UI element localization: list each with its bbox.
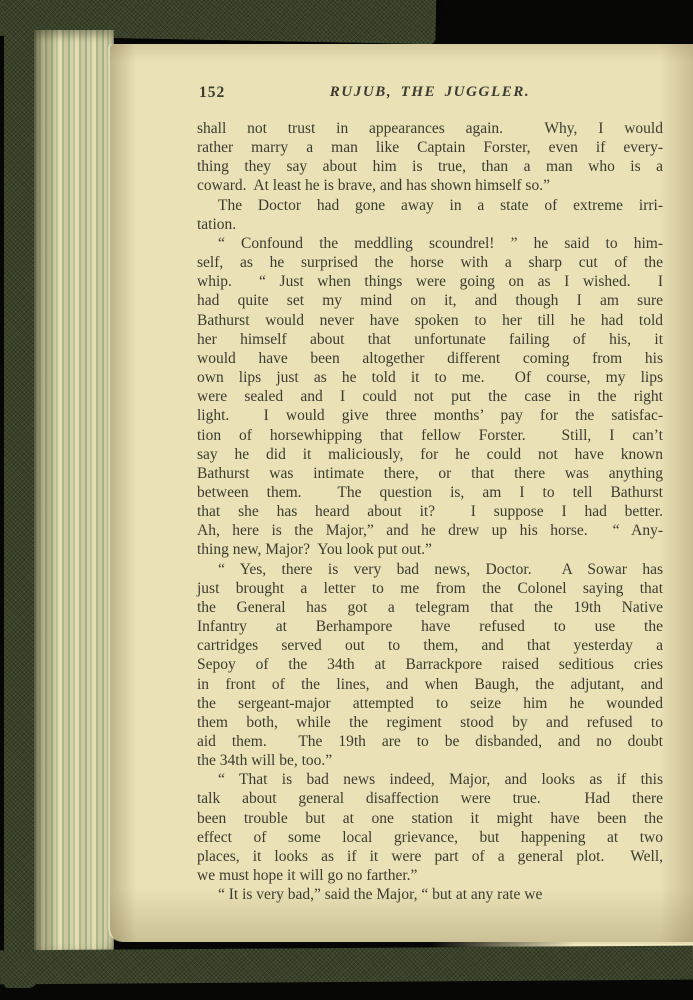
text-line: them both, while the regiment stood by a… [197, 713, 663, 732]
text-line: Infantry at Berhampore have refused to u… [197, 617, 663, 636]
book-cover-bottom-edge [0, 946, 693, 985]
text-line: Sepoy of the 34th at Barrackpore raised … [197, 655, 663, 674]
page-content: 152 RUJUB, THE JUGGLER. shall not trust … [197, 84, 663, 904]
paragraph: “ Yes, there is very bad news, Doctor. A… [197, 560, 663, 771]
running-title: RUJUB, THE JUGGLER. [197, 84, 663, 101]
book-cover-spine-edge [4, 0, 38, 988]
text-line: self, as he surprised the horse with a s… [197, 253, 663, 272]
text-line: whip. “ Just when things were going on a… [197, 272, 663, 291]
text-line: thing they say about him is true, than a… [197, 157, 663, 176]
fanned-page-edges [34, 30, 114, 962]
text-line: tion of horsewhipping that fellow Forste… [197, 426, 663, 445]
text-line: tation. [197, 215, 663, 234]
text-line: “ Yes, there is very bad news, Doctor. A… [197, 560, 663, 579]
text-line: aid them. The 19th are to be disbanded, … [197, 732, 663, 751]
text-line: just brought a letter to me from the Col… [197, 579, 663, 598]
text-line: Bathurst would never have spoken to her … [197, 311, 663, 330]
text-line: her himself about that unfortunate faili… [197, 330, 663, 349]
text-line: in front of the lines, and when Baugh, t… [197, 675, 663, 694]
text-line: own lips just as he told it to me. Of co… [197, 368, 663, 387]
text-line: between them. The question is, am I to t… [197, 483, 663, 502]
paragraph: shall not trust in appearances again. Wh… [197, 119, 663, 196]
text-line: were sealed and I could not put the case… [197, 387, 663, 406]
text-line: Bathurst was intimate there, or that the… [197, 464, 663, 483]
text-line: rather marry a man like Captain Forster,… [197, 138, 663, 157]
text-line: coward. At least he is brave, and has sh… [197, 176, 663, 195]
text-line: been trouble but at one station it might… [197, 809, 663, 828]
text-line: Ah, here is the Major,” and he drew up h… [197, 521, 663, 540]
book-photo: 152 RUJUB, THE JUGGLER. shall not trust … [0, 0, 693, 1000]
text-line: “ Confound the meddling scoundrel! ” he … [197, 234, 663, 253]
book-page: 152 RUJUB, THE JUGGLER. shall not trust … [110, 44, 693, 942]
paragraph: “ Confound the meddling scoundrel! ” he … [197, 234, 663, 560]
page-body: shall not trust in appearances again. Wh… [197, 119, 663, 904]
text-line: effect of some local grievance, but happ… [197, 828, 663, 847]
paragraph: The Doctor had gone away in a state of e… [197, 196, 663, 234]
paragraph: “ It is very bad,” said the Major, “ but… [197, 885, 663, 904]
text-line: the 34th will be, too.” [197, 751, 663, 770]
text-line: the General has got a telegram that the … [197, 598, 663, 617]
text-line: shall not trust in appearances again. Wh… [197, 119, 663, 138]
text-line: places, it looks as if it were part of a… [197, 847, 663, 866]
text-line: we must hope it will go no farther.” [197, 866, 663, 885]
text-line: had quite set my mind on it, and though … [197, 291, 663, 310]
text-line: light. I would give three months’ pay fo… [197, 406, 663, 425]
text-line: “ It is very bad,” said the Major, “ but… [197, 885, 663, 904]
text-line: would have been altogether different com… [197, 349, 663, 368]
page-number: 152 [199, 84, 225, 102]
text-line: the sergeant-major attempted to seize hi… [197, 694, 663, 713]
text-line: thing new, Major? You look put out.” [197, 540, 663, 559]
text-line: “ That is bad news indeed, Major, and lo… [197, 770, 663, 789]
page-header: 152 RUJUB, THE JUGGLER. [197, 84, 663, 104]
paragraph: “ That is bad news indeed, Major, and lo… [197, 770, 663, 885]
text-line: talk about general disaffection were tru… [197, 789, 663, 808]
text-line: say he did it maliciously, for he could … [197, 445, 663, 464]
text-line: The Doctor had gone away in a state of e… [197, 196, 663, 215]
text-line: cartridges served out to them, and that … [197, 636, 663, 655]
text-line: that she has heard about it? I suppose I… [197, 502, 663, 521]
